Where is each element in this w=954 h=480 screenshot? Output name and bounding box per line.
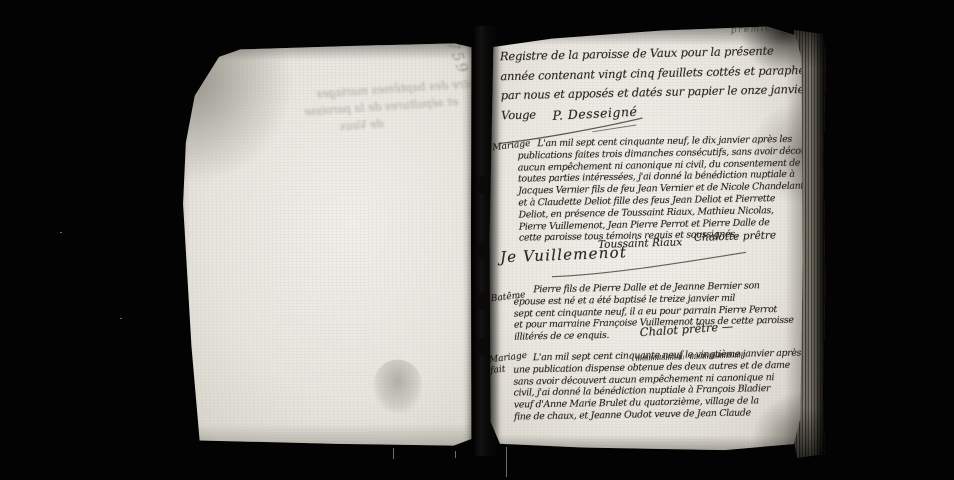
left-page: Registre des baptêmes mariageset sépultu… xyxy=(167,39,475,449)
film-scratch xyxy=(393,448,394,459)
binding-gutter xyxy=(466,26,500,456)
film-scratch xyxy=(506,447,507,477)
film-scratch xyxy=(455,451,456,458)
binding-stitch xyxy=(478,241,486,259)
binding-stitch xyxy=(478,338,486,356)
binding-stitch xyxy=(478,176,486,194)
folio-mark: premier xyxy=(730,23,777,36)
right-page: premier Registre de la paroisse de Vaux … xyxy=(487,23,804,452)
binding-stitch xyxy=(478,292,486,310)
microfilm-frame: Registre des baptêmes mariageset sépultu… xyxy=(0,0,954,480)
pen-flourish xyxy=(550,250,750,281)
film-speck xyxy=(60,232,62,233)
priest-signature: Chalotte prêtre xyxy=(694,229,776,244)
film-speck xyxy=(120,318,122,319)
entry-mariage-text: L'an mil sept cent cinquante neuf, le di… xyxy=(517,134,809,245)
ink-stain xyxy=(373,359,423,413)
bleedthrough-text: Registre des baptêmes mariageset sépultu… xyxy=(184,74,502,146)
